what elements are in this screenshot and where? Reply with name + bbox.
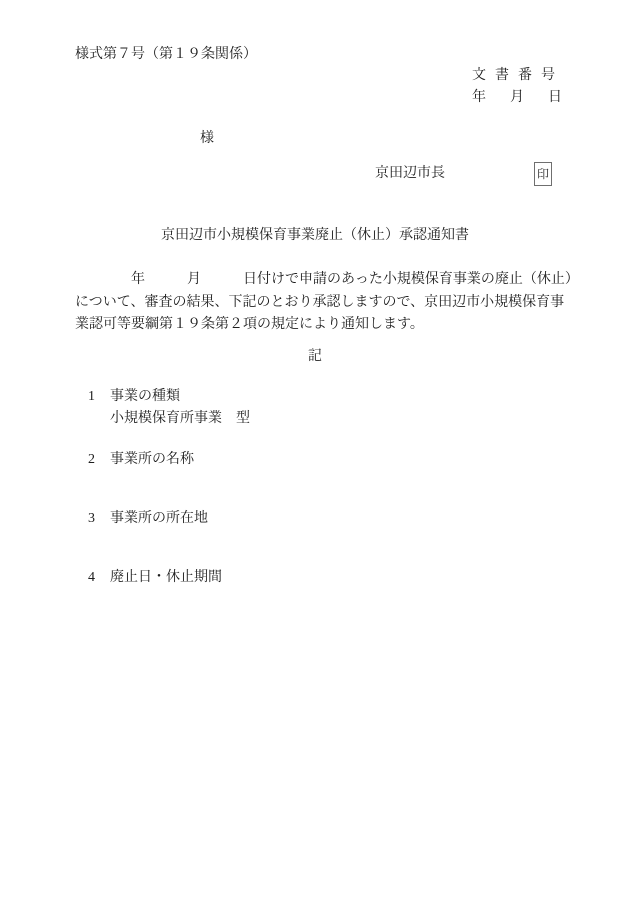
document-page: 様式第７号（第１９条関係） 文書番号 年 月 日 様 京田辺市長 印 京田辺市小… xyxy=(0,0,630,903)
seal-character: 印 xyxy=(537,167,549,182)
item-number: 2 xyxy=(88,451,95,469)
item-label: 事業の種類 xyxy=(110,388,180,406)
addressee-honorific: 様 xyxy=(200,130,214,148)
body-line: 年 月 日付けで申請のあった小規模保育事業の廃止（休止） xyxy=(75,271,579,289)
item-number: 3 xyxy=(88,510,95,528)
record-heading: 記 xyxy=(0,348,630,366)
item-label: 事業所の名称 xyxy=(110,451,194,469)
item-label: 廃止日・休止期間 xyxy=(110,569,222,587)
sender-title: 京田辺市長 xyxy=(375,165,445,183)
item-value: 小規模保育所事業 型 xyxy=(110,410,250,428)
item-number: 1 xyxy=(88,388,95,406)
seal-box: 印 xyxy=(534,162,552,186)
date-placeholder: 年 月 日 xyxy=(472,89,567,107)
form-number-label: 様式第７号（第１９条関係） xyxy=(75,46,257,64)
document-number-label: 文書番号 xyxy=(472,67,564,85)
body-line: 業認可等要綱第１９条第２項の規定により通知します。 xyxy=(75,316,424,334)
item-label: 事業所の所在地 xyxy=(110,510,208,528)
body-line: について、審査の結果、下記のとおり承認しますので、京田辺市小規模保育事 xyxy=(75,294,564,312)
item-number: 4 xyxy=(88,569,95,587)
document-title: 京田辺市小規模保育事業廃止（休止）承認通知書 xyxy=(0,227,630,245)
